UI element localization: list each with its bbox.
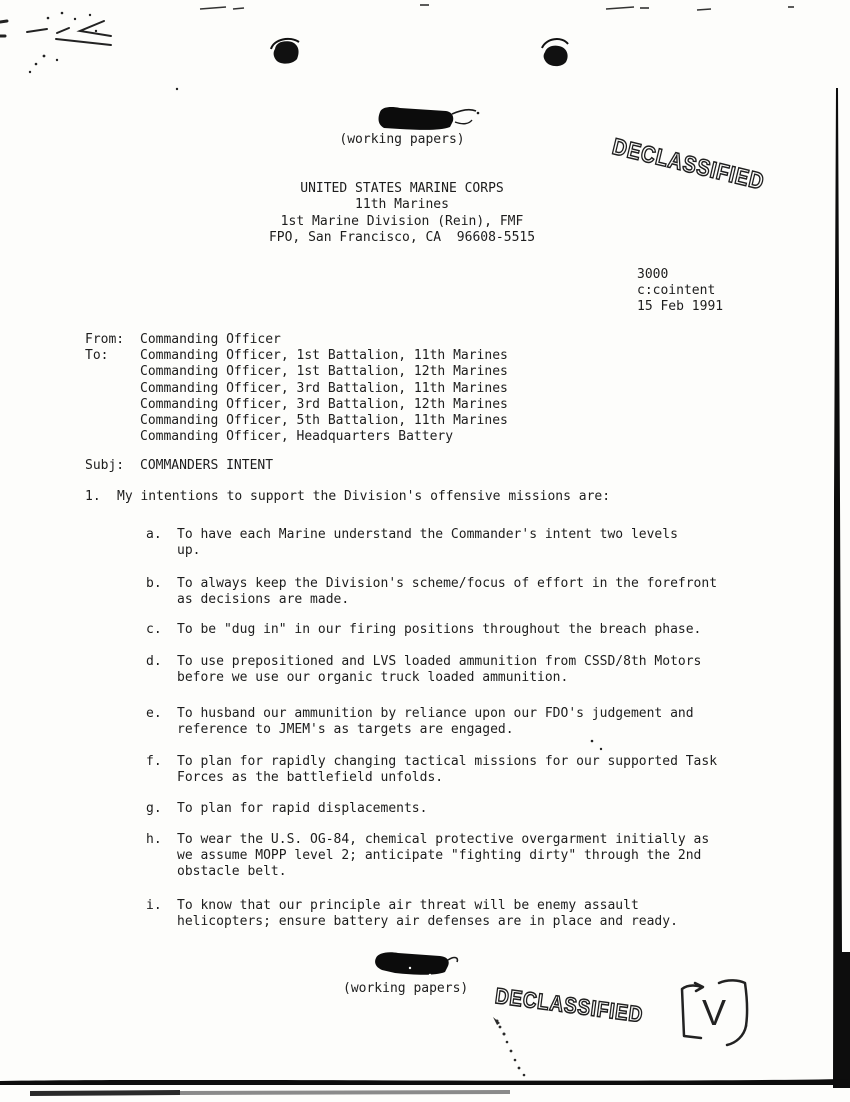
item-letter: a. <box>146 527 162 542</box>
declassified-stamp-top: DECLASSIFIED <box>610 133 767 196</box>
item-line: To plan for rapidly changing tactical mi… <box>177 754 717 769</box>
item-letter: c. <box>146 622 162 637</box>
paragraph-number: 1. <box>85 489 101 504</box>
subject-value: COMMANDERS INTENT <box>140 458 273 473</box>
letter-date: 15 Feb 1991 <box>637 299 723 314</box>
document-page: (working papers) DECLASSIFIED UNITED STA… <box>0 0 850 1102</box>
from-value: Commanding Officer <box>140 332 281 347</box>
to-line: Commanding Officer, Headquarters Battery <box>140 429 453 444</box>
right-bracket-stroke <box>719 980 747 1026</box>
letterhead-line-2: 11th Marines <box>355 197 449 212</box>
redaction-mark-top <box>379 107 480 130</box>
to-label: To: <box>85 348 108 363</box>
office-code: c:cointent <box>637 283 715 298</box>
to-line: Commanding Officer, 3rd Battalion, 11th … <box>140 381 508 396</box>
to-line: Commanding Officer, 1st Battalion, 11th … <box>140 348 508 363</box>
letterhead-line-3: 1st Marine Division (Rein), FMF <box>281 214 524 229</box>
item-letter: e. <box>146 706 162 721</box>
declassified-stamp-bottom: DECLASSIFIED <box>494 983 645 1028</box>
pen-scribbles <box>0 21 111 45</box>
left-bracket-tip <box>695 983 703 991</box>
item-line: up. <box>177 543 200 558</box>
item-line: To always keep the Division's scheme/foc… <box>177 576 717 591</box>
hole-punch-right <box>542 39 568 66</box>
item-line: obstacle belt. <box>177 864 287 879</box>
working-papers-caption-bottom: (working papers) <box>343 981 468 996</box>
to-line: Commanding Officer, 1st Battalion, 12th … <box>140 364 508 379</box>
hole-punch-left <box>271 39 299 64</box>
paragraph-text: My intentions to support the Division's … <box>117 489 610 504</box>
item-letter: g. <box>146 801 162 816</box>
smudge-trail <box>493 1017 525 1076</box>
item-line: as decisions are made. <box>177 592 349 607</box>
item-line: To wear the U.S. OG-84, chemical protect… <box>177 832 709 847</box>
working-papers-caption-top: (working papers) <box>339 132 464 147</box>
item-line: To have each Marine understand the Comma… <box>177 527 678 542</box>
to-line: Commanding Officer, 5th Battalion, 11th … <box>140 413 508 428</box>
to-line: Commanding Officer, 3rd Battalion, 12th … <box>140 397 508 412</box>
from-label: From: <box>85 332 124 347</box>
item-line: we assume MOPP level 2; anticipate "figh… <box>177 848 701 863</box>
right-bracket-hook <box>727 1026 746 1045</box>
item-line: To husband our ammunition by reliance up… <box>177 706 694 721</box>
item-line: reference to JMEM's as targets are engag… <box>177 722 514 737</box>
item-line: To use prepositioned and LVS loaded ammu… <box>177 654 701 669</box>
redaction-mark-bottom <box>375 952 457 976</box>
item-line: before we use our organic truck loaded a… <box>177 670 568 685</box>
top-edge-dashes <box>200 5 794 10</box>
item-letter: d. <box>146 654 162 669</box>
ssic-number: 3000 <box>637 267 668 282</box>
item-letter: f. <box>146 754 162 769</box>
item-letter: i. <box>146 898 162 913</box>
item-line: helicopters; ensure battery air defenses… <box>177 914 678 929</box>
letterhead-line-4: FPO, San Francisco, CA 96608-5515 <box>269 230 535 245</box>
item-line: To be "dug in" in our firing positions t… <box>177 622 701 637</box>
check-mark-letter: V <box>702 992 726 1033</box>
item-line: Forces as the battlefield unfolds. <box>177 770 443 785</box>
item-line: To plan for rapid displacements. <box>177 801 427 816</box>
item-line: To know that our principle air threat wi… <box>177 898 639 913</box>
subject-label: Subj: <box>85 458 124 473</box>
item-letter: b. <box>146 576 162 591</box>
item-letter: h. <box>146 832 162 847</box>
letterhead-line-1: UNITED STATES MARINE CORPS <box>300 181 504 196</box>
left-bracket-stroke <box>682 986 702 1038</box>
